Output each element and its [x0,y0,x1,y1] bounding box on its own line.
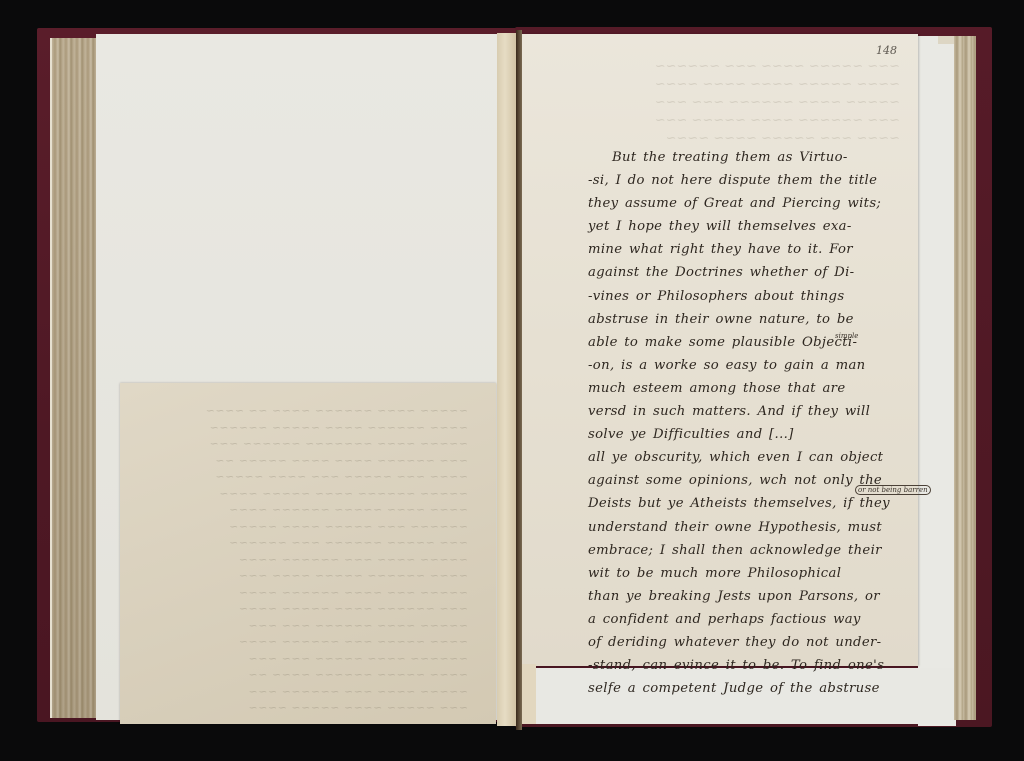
text-line: able to make some plausible Objecti- [588,331,918,354]
text-line: of deriding whatever they do not under- [588,631,918,654]
show-through-text-top: ~~~ ~~~~~ ~~~~ ~~~ ~~~~~~ ~~~~ ~~~~~ ~~~… [600,58,900,148]
text-line: mine what right they have to it. For [588,238,918,261]
text-line: -stand, can evince it to be. To find one… [588,654,918,677]
text-line: abstruse in their owne nature, to be [588,308,918,331]
text-line: than ye breaking Jests upon Parsons, or [588,585,918,608]
right-fore-edge [954,36,976,720]
gutter-guard [497,33,517,726]
interlinear-insertion: simple [835,332,858,340]
page-stub [520,664,536,724]
text-line: much esteem among those that are [588,377,918,400]
text-line: a confident and perhaps factious way [588,608,918,631]
text-line: solve ye Difficulties and [...] [588,423,918,446]
text-line: embrace; I shall then acknowledge their [588,539,918,562]
text-line: versd in such matters. And if they will [588,400,918,423]
text-line: they assume of Great and Piercing wits; [588,192,918,215]
text-line: all ye obscurity, which even I can objec… [588,446,918,469]
text-line: understand their owne Hypothesis, must [588,516,918,539]
pasted-manuscript-slip: ~~~~~ ~~~~ ~~~~~~ ~~~~ ~~ ~~~~ ~~~~ ~~~~… [120,383,496,724]
text-line: against the Doctrines whether of Di- [588,261,918,284]
text-line: yet I hope they will themselves exa- [588,215,918,238]
text-line: Deists but ye Atheists themselves, if th… [588,492,918,515]
manuscript-photo: ~~~~~ ~~~~ ~~~~~~ ~~~~ ~~ ~~~~ ~~~~ ~~~~… [0,0,1024,761]
text-line: selfe a competent Judge of the abstruse [588,677,918,700]
folio-number: 148 [876,44,897,57]
interlinear-insertion: or not being barren [855,485,931,495]
left-fore-edge [50,38,96,718]
text-line: But the treating them as Virtuo- [588,146,918,169]
text-line: -on, is a worke so easy to gain a man [588,354,918,377]
text-line: wit to be much more Philosophical [588,562,918,585]
text-line: -si, I do not here dispute them the titl… [588,169,918,192]
text-line: -vines or Philosophers about things [588,285,918,308]
show-through-text: ~~~~~ ~~~~ ~~~~~~ ~~~~ ~~ ~~~~ ~~~~ ~~~~… [168,403,468,717]
right-mount-sheet [918,36,956,726]
gutter-shadow [516,30,522,730]
handwritten-text: But the treating them as Virtuo- -si, I … [588,146,918,700]
